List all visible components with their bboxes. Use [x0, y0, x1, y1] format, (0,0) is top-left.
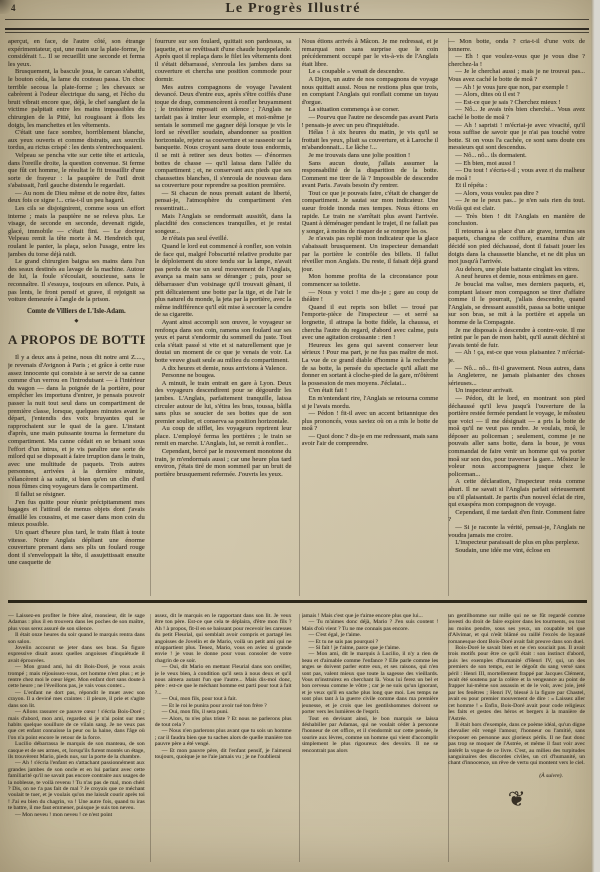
paragraph: — Mon ami, dit le marquis à Lucilio, il …: [302, 651, 439, 715]
paragraph: Hélas ! à six heures du matin, je vis qu…: [302, 129, 439, 152]
paragraph: Quand il eut repris son billet — troué p…: [302, 304, 439, 342]
column-rule: [448, 38, 449, 596]
paragraph: — Ah ! je vous jure que non, par exemple…: [448, 84, 585, 92]
paragraph: — Du tout ! s'écria-t-il ; vous avez ri …: [448, 167, 585, 182]
paragraph: Je n'avais pas replié mon indicateur que…: [302, 235, 439, 273]
header-rule-thick: [5, 28, 589, 30]
newspaper-title: Le Progrès Illustré: [0, 1, 586, 17]
paragraph: — Ah ! s'écria l'enfant en s'attachant p…: [8, 760, 145, 811]
paragraph: Il fallut se résigner.: [8, 491, 145, 499]
paragraph: Personne ne bougea.: [155, 372, 292, 380]
paragraph: En m'entendant rire, l'Anglais se retour…: [302, 395, 439, 410]
paragraph: — Pédon, dit le lord, en montrant son pi…: [448, 395, 585, 479]
page-edge: [591, 0, 600, 872]
paragraph: — Eh ! que voulez-vous que je vous dise …: [448, 53, 585, 68]
article-headline: A PROPOS DE BOTTES: [8, 333, 145, 347]
paragraph: — Ah ! ça, est-ce que vous plaisantez ? …: [448, 349, 585, 364]
paragraph: Mes autres compagnons de voyage l'avaien…: [155, 84, 292, 190]
paragraph: Au coup de sifflet, les voyageurs reprir…: [155, 425, 292, 448]
paragraph: — Nô... nô... ils dormaient.: [448, 152, 585, 160]
feuilleton-column-4: un gentilhomme sur mille qui ne se fût r…: [448, 613, 585, 865]
paragraph: L'inspecteur paraissait de plus en plus …: [448, 539, 585, 547]
feuilleton-column-2: assez, dit le marquis en le rapportant d…: [155, 613, 292, 865]
feuilleton-column-1: — Laissez-en profiter le frère aîné, mon…: [8, 613, 145, 865]
paragraph: — Alors, dites où il est ?: [448, 91, 585, 99]
main-column-2: fourrure sur son foulard, quittait son p…: [155, 38, 292, 598]
feuilleton-column-3: jamais ! Mais c'est que je t'aime encore…: [302, 613, 439, 865]
paragraph: — Pourvu que l'autre ne descende pas ava…: [302, 114, 439, 129]
paragraph: Soudain, une idée me vint, éclose en: [448, 547, 585, 555]
paragraph-continued: un gentilhomme sur mille qui ne se fût r…: [448, 613, 585, 645]
paragraph: Les cils se disjoignirent, comme sous un…: [8, 205, 145, 258]
paragraph: Le « coupable » venait de descendre.: [302, 68, 439, 76]
paragraph: Tout ce que je pouvais faire, c'était de…: [302, 190, 439, 236]
paragraph: — Je le cherchai aussi ; mais je ne trou…: [448, 68, 585, 83]
paragraph-continued: assez, dit le marquis en le rapportant d…: [155, 613, 292, 664]
paragraph: Un inspecteur arrivait.: [448, 387, 585, 395]
paragraph: La situation commença à se corser.: [302, 106, 439, 114]
paragraph: Je me disposais à descendre à contre-voi…: [448, 327, 585, 350]
paragraph-continued: Nous étions arrivés à Mâcon. Je me redre…: [302, 38, 439, 68]
paragraph: Je bouclai ma valise, mes derniers paque…: [448, 281, 585, 327]
paragraph: — Nô... nô... fit-il gravement. Nous aut…: [448, 365, 585, 388]
column-rule: [448, 614, 449, 862]
paragraph: — Pédon ! fit-il avec un accent britanni…: [302, 410, 439, 433]
paragraph: Je me trouvais dans une jolie position !: [302, 152, 439, 160]
paragraph-continued: — Laissez-en profiter le frère aîné, mon…: [8, 613, 145, 632]
paragraph: — Si chacun de nous prenait autant de li…: [155, 190, 292, 213]
column-rule: [299, 38, 300, 596]
ornament-diamond-icon: ◆: [8, 319, 145, 324]
paragraph: — Nous y voici ! me dis-je ; gare au cou…: [302, 289, 439, 304]
paragraph: — Oui, dit Mario en mettant Fleurial dan…: [155, 664, 292, 696]
paragraph: J'en fus quitte pour réunir précipitamme…: [8, 499, 145, 529]
paragraph: Sans aucun doute, j'allais assumer la re…: [302, 160, 439, 190]
paragraph: C'était une face sombre, horriblement bl…: [8, 129, 145, 152]
paragraph: Quand le lord eut commencé à ronfler, so…: [155, 243, 292, 319]
paragraph: — Tu m'aimes donc déjà, Mario ? J'en sui…: [302, 619, 439, 632]
paragraph: — Et mon pauvre père, dit l'enfant pensi…: [155, 748, 292, 761]
paragraph: Il retourna à sa place d'un air grave, t…: [448, 228, 585, 266]
paragraph: A Dijon, un autre de nos compagnons de v…: [302, 76, 439, 106]
paragraph: Il y a deux ans à peine, nous dit notre …: [8, 354, 145, 491]
paragraph: A neuf heures et demie, nous entrâmes en…: [448, 273, 585, 281]
paragraph: Je n'étais pas seul éveillé.: [155, 235, 292, 243]
header-rule-thin: [5, 19, 589, 20]
main-column-3: Nous étions arrivés à Mâcon. Je me redre…: [302, 38, 439, 598]
paragraph: Et il répéta :: [448, 182, 585, 190]
paragraph: Mon homme profita de la circonstance pou…: [302, 273, 439, 288]
paragraph: — L'enfant ne dort pas, répondit le muet…: [8, 690, 145, 709]
paragraph: — Mon grand ami, lui dit Bois-Doré, je v…: [8, 664, 145, 690]
column-rule: [150, 614, 151, 862]
paragraph: Bois-Doré le savait bien et ne s'en souc…: [448, 645, 585, 722]
paragraph: A dix heures et demie, nous arrivions à …: [155, 365, 292, 373]
author-signature: Comte de Villiers de L'Isle-Adam.: [8, 308, 145, 316]
feuilleton-separator-rule: [8, 600, 587, 603]
paragraph: Jovelin accourut se jeter dans ses bras.…: [8, 645, 145, 664]
main-column-1: aperçut, en face, de l'autre côté, son é…: [8, 38, 145, 598]
paragraph: — Au nom de Dieu même et de notre être, …: [8, 190, 145, 205]
paragraph: Un quart d'heure plus tard, le train fil…: [8, 529, 145, 567]
paragraph: A minuit, le train entrait en gare à Lyo…: [155, 380, 292, 426]
paragraph: Lucilio débarrassa le marquis de son man…: [8, 741, 145, 760]
main-column-4: — Mon botte, onda ? cria-t-il d'une voix…: [448, 38, 585, 598]
paragraph: Velpeau se pencha vite sur cette tête et…: [8, 152, 145, 190]
paragraph: Heureux les gens qui savent conserver le…: [302, 342, 439, 388]
paragraph: — Si je raconte la vérité, pensai-je, l'…: [448, 524, 585, 539]
paragraph: — Je ne le peux pas... je n'en sais rien…: [448, 197, 585, 212]
paragraph: — Alors, tu n'es plus triste ? Et nous n…: [155, 716, 292, 729]
paragraph: Brusquement, la bascule joua, le carcan …: [8, 68, 145, 129]
paragraph: — Nô... Je avais très bien cherché... Vo…: [448, 106, 585, 121]
column-rule: [150, 38, 151, 596]
paragraph: C'en était fait !: [302, 387, 439, 395]
column-rule: [299, 614, 300, 862]
paragraph-continued: aperçut, en face, de l'autre côté, son é…: [8, 38, 145, 68]
main-section: aperçut, en face, de l'autre côté, son é…: [8, 38, 585, 598]
header-rule-thick-2: [5, 32, 589, 33]
paragraph: Ayant ainsi accompli son œuvre, le voyag…: [155, 319, 292, 365]
paragraph: Mais l'Anglais se rendormait aussitôt, d…: [155, 213, 292, 236]
paragraph: — Ah ! sapristi ! m'écriai-je avec vivac…: [448, 122, 585, 152]
paragraph: Cependant, bercé par le mouvement monoto…: [155, 448, 292, 478]
paragraph: Le grand chirurgien baigna ses mains dan…: [8, 258, 145, 304]
paragraph: — Nous n'en parlerons plus avant que tu …: [155, 728, 292, 747]
paragraph: Cependant, il me tardait d'en finir. Com…: [448, 509, 585, 524]
paragraph: — Alors, vous voulez pas dire ?: [448, 190, 585, 198]
paragraph: — Très bien ! dit l'Anglais en manière d…: [448, 213, 585, 228]
paragraph-continued: fourrure sur son foulard, quittait son p…: [155, 38, 292, 84]
paragraph: Il était onze heures du soir quand le ma…: [8, 632, 145, 645]
paragraph: — Quoi donc ? dis-je en me redressant, m…: [302, 433, 439, 448]
newspaper-page: 4 Le Progrès Illustré aperçut, en face, …: [0, 0, 600, 872]
paragraph-continued: — Mon botte, onda ? cria-t-il d'une voix…: [448, 38, 585, 53]
printer-vignette-icon: ❦: [448, 788, 585, 810]
paragraph: — Allons rassurer ce pauvre cœur ! s'écr…: [8, 709, 145, 741]
paragraph: A cette déclaration, l'inspecteur resta …: [448, 478, 585, 508]
paragraph: — Est-ce que je sais ? Cherchez mieux !: [448, 99, 585, 107]
paragraph: — Eh bien, moi aussi !: [448, 160, 585, 168]
feuilleton-section: — Laissez-en profiter le frère aîné, mon…: [8, 613, 585, 865]
paragraph: — Mon neveu ! mon neveu ! ce n'est point: [8, 812, 145, 818]
paragraph: Il était hors d'exemple, dans ce poème i…: [448, 722, 585, 767]
paragraph: Tout en devisant ainsi, le bon marquis s…: [302, 716, 439, 754]
to-be-continued-note: (À suivre).: [448, 773, 585, 779]
